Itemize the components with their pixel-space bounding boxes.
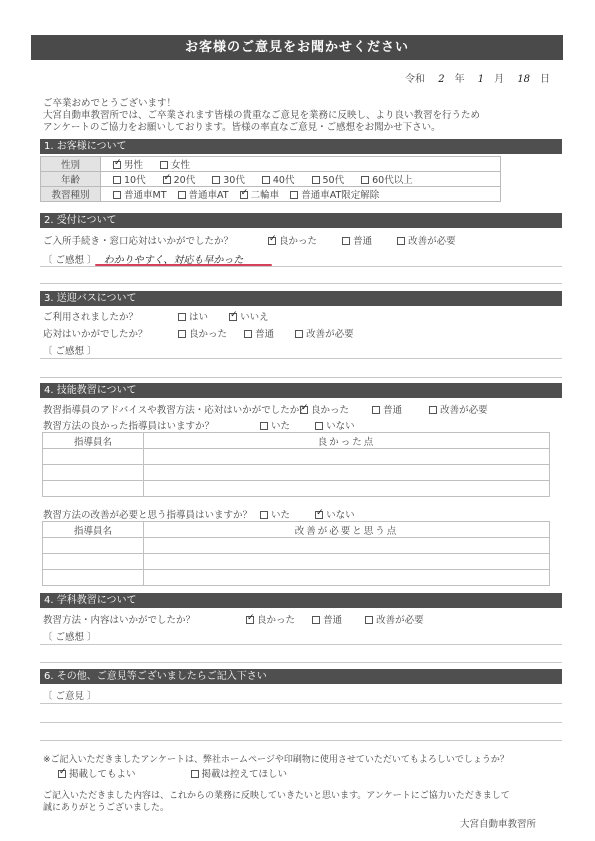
divider (40, 283, 562, 284)
checkbox-icon[interactable] (246, 616, 254, 624)
closing-line: ご記入いただきました内容は、これからの業務に反映していきたいと思います。アンケー… (43, 790, 510, 802)
checkbox-icon[interactable] (290, 191, 298, 199)
intro-line: ご卒業おめでとうございます！ (43, 98, 480, 110)
option-mt[interactable]: 普通車MT (113, 187, 167, 201)
checkbox-icon[interactable] (244, 330, 252, 338)
comment-label: 〔 ご感想 〕 (43, 255, 97, 266)
divider (40, 644, 562, 645)
bus-usage-row: ご利用されましたか？ はい いいえ (43, 309, 283, 323)
option-at[interactable]: 普通車AT (178, 187, 229, 201)
divider (40, 358, 562, 359)
option-40s[interactable]: 40代 (262, 172, 295, 186)
option-yes[interactable]: いた (260, 418, 290, 432)
checkbox-icon[interactable] (163, 176, 171, 184)
gender-label: 性別 (41, 157, 101, 172)
option-needs-improvement[interactable]: 改善が必要 (429, 402, 488, 416)
checkbox-icon[interactable] (260, 422, 268, 430)
improve-instructor-table: 指導員名 改善が必要と思う点 (42, 521, 550, 586)
instructor-name-cell[interactable] (43, 481, 144, 497)
option-motorcycle[interactable]: 二輪車 (240, 187, 280, 201)
good-points-cell[interactable] (144, 449, 550, 465)
column-header-improvement-points: 改善が必要と思う点 (144, 522, 550, 538)
instructor-name-cell[interactable] (43, 449, 144, 465)
option-good[interactable]: 良かった (268, 233, 317, 247)
other-comment-label: 〔 ご意見 〕 (43, 688, 97, 702)
improve-instructor-row: 教習方法の改善が必要と思う指導員はいますか？ いた いない (43, 507, 369, 521)
checkbox-icon[interactable] (160, 161, 168, 169)
bus-usage-question: ご利用されましたか？ (43, 309, 175, 323)
checkbox-icon[interactable] (268, 237, 276, 245)
classroom-question: 教習方法・内容はいかがでしたか？ (43, 612, 243, 626)
checkbox-icon[interactable] (361, 176, 369, 184)
date-year-label: 年 (455, 74, 465, 85)
option-30s[interactable]: 30代 (212, 172, 245, 186)
option-good[interactable]: 良かった (178, 326, 227, 340)
checkbox-icon[interactable] (295, 330, 303, 338)
divider (40, 266, 562, 267)
customer-info-table: 性別 男性 女性 年齢 10代 20代 30代 40代 50代 60代以上 教習… (40, 156, 501, 202)
reception-question-row: ご入所手続き・窓口応対はいかがでしたか？ 良かった 普通 改善が必要 (43, 233, 470, 247)
section-3-header: 3. 送迎バスについて (40, 291, 562, 306)
option-female[interactable]: 女性 (160, 157, 190, 171)
checkbox-icon[interactable] (262, 176, 270, 184)
intro-line: アンケートのご協力をお願いしております。皆様の率直なご意見・ご感想をお聞かせ下さ… (43, 122, 480, 134)
date-month-label: 月 (494, 74, 504, 85)
option-normal[interactable]: 普通 (342, 233, 372, 247)
option-no[interactable]: いない (315, 418, 355, 432)
section-5-header: 4. 学科教習について (40, 593, 562, 608)
publish-question: ※ご記入いただきましたアンケートは、弊社ホームページや印刷物に使用させていただい… (43, 752, 509, 765)
option-yes[interactable]: はい (178, 309, 208, 323)
divider (40, 377, 562, 378)
bus-comment-label: 〔 ご感想 〕 (43, 343, 97, 357)
option-normal[interactable]: 普通 (312, 612, 342, 626)
section-4-header: 4. 技能教習について (40, 383, 562, 398)
improvement-points-cell[interactable] (144, 554, 550, 570)
instructor-name-cell[interactable] (43, 570, 144, 586)
closing-text: ご記入いただきました内容は、これからの業務に反映していきたいと思います。アンケー… (43, 790, 510, 814)
checkbox-icon[interactable] (113, 176, 121, 184)
section-6-header: 6. その他、ご意見等ございましたらご記入下さい (40, 669, 562, 684)
age-label: 年齢 (41, 172, 101, 187)
option-good[interactable]: 良かった (300, 402, 349, 416)
gender-options: 男性 女性 (101, 157, 501, 172)
checkbox-icon[interactable] (397, 237, 405, 245)
option-no[interactable]: いいえ (229, 309, 269, 323)
section-2-header: 2. 受付について (40, 213, 562, 228)
checkbox-icon[interactable] (113, 191, 121, 199)
option-yes[interactable]: いた (260, 507, 290, 521)
classroom-question-row: 教習方法・内容はいかがでしたか？ 良かった 普通 改善が必要 (43, 612, 438, 626)
divider (40, 703, 562, 704)
bus-service-row: 応対はいかがでしたか？ 良かった 普通 改善が必要 (43, 326, 368, 340)
option-male[interactable]: 男性 (113, 157, 143, 171)
instructor-name-cell[interactable] (43, 538, 144, 554)
checkbox-icon[interactable] (342, 237, 350, 245)
checkbox-icon[interactable] (58, 770, 66, 778)
option-60s-plus[interactable]: 60代以上 (361, 172, 413, 186)
checkbox-icon[interactable] (178, 330, 186, 338)
checkbox-icon[interactable] (300, 406, 308, 414)
instructor-advice-row: 教習指導員のアドバイスや教習方法・応対はいかがでしたか？ 良かった 普通 改善が… (43, 402, 502, 416)
checkbox-icon[interactable] (240, 191, 248, 199)
option-normal[interactable]: 普通 (244, 326, 274, 340)
good-instructor-table: 指導員名 良かった点 (42, 432, 550, 497)
improve-instructor-question: 教習方法の改善が必要と思う指導員はいますか？ (43, 507, 257, 521)
checkbox-icon[interactable] (312, 616, 320, 624)
option-publish-decline[interactable]: 掲載は控えてほしい (191, 766, 288, 780)
intro-text: ご卒業おめでとうございます！ 大宮自動車教習所では、ご卒業されます皆様の貴重なご… (43, 98, 480, 134)
date-day[interactable]: 18 (517, 74, 530, 85)
course-type-options: 普通車MT 普通車AT 二輪車 普通車AT限定解除 (101, 187, 501, 202)
age-options: 10代 20代 30代 40代 50代 60代以上 (101, 172, 501, 187)
option-50s[interactable]: 50代 (312, 172, 345, 186)
good-instructor-row: 教習方法の良かった指導員はいますか？ いた いない (43, 418, 369, 432)
bus-service-question: 応対はいかがでしたか？ (43, 326, 175, 340)
checkbox-icon[interactable] (178, 313, 186, 321)
divider (40, 662, 562, 663)
good-points-cell[interactable] (144, 465, 550, 481)
divider (40, 722, 562, 723)
option-no[interactable]: いない (315, 507, 355, 521)
option-needs-improvement[interactable]: 改善が必要 (295, 326, 354, 340)
instructor-advice-question: 教習指導員のアドバイスや教習方法・応対はいかがでしたか？ (43, 402, 297, 416)
checkbox-icon[interactable] (372, 406, 380, 414)
option-needs-improvement[interactable]: 改善が必要 (365, 612, 424, 626)
column-header-instructor: 指導員名 (43, 433, 144, 449)
checkbox-icon[interactable] (113, 161, 121, 169)
closing-line: 誠にありがとうございました。 (43, 802, 510, 814)
date-day-label: 日 (540, 74, 550, 85)
option-normal[interactable]: 普通 (372, 402, 402, 416)
classroom-comment-label: 〔 ご感想 〕 (43, 629, 97, 643)
column-header-good-points: 良かった点 (144, 433, 550, 449)
checkbox-icon[interactable] (229, 313, 237, 321)
option-needs-improvement[interactable]: 改善が必要 (397, 233, 456, 247)
checkbox-icon[interactable] (315, 511, 323, 519)
good-instructor-question: 教習方法の良かった指導員はいますか？ (43, 418, 257, 432)
intro-line: 大宮自動車教習所では、ご卒業されます皆様の貴重なご意見を業務に反映し、より良い教… (43, 110, 480, 122)
section-1-header: 1. お客様について (40, 139, 562, 154)
signature: 大宮自動車教習所 (460, 816, 536, 830)
checkbox-icon[interactable] (429, 406, 437, 414)
course-type-label: 教習種別 (41, 187, 101, 202)
option-good[interactable]: 良かった (246, 612, 295, 626)
checkbox-icon[interactable] (365, 616, 373, 624)
improvement-points-cell[interactable] (144, 538, 550, 554)
instructor-name-cell[interactable] (43, 554, 144, 570)
form-title: お客様のご意見をお聞かせください (31, 35, 563, 60)
good-points-cell[interactable] (144, 481, 550, 497)
checkbox-icon[interactable] (212, 176, 220, 184)
reception-question: ご入所手続き・窓口応対はいかがでしたか？ (43, 233, 265, 247)
date-field: 令和 2年 1月 18日 (405, 70, 550, 85)
improvement-points-cell[interactable] (144, 570, 550, 586)
date-year[interactable]: 2 (438, 74, 444, 85)
option-20s[interactable]: 20代 (163, 172, 196, 186)
option-at-limit-removal[interactable]: 普通車AT限定解除 (290, 187, 379, 201)
option-publish-ok[interactable]: 掲載してもよい (58, 766, 136, 780)
column-header-instructor: 指導員名 (43, 522, 144, 538)
divider (40, 740, 562, 741)
date-era: 令和 (405, 74, 425, 85)
publish-options: 掲載してもよい 掲載は控えてほしい (58, 766, 301, 780)
option-10s[interactable]: 10代 (113, 172, 146, 186)
checkbox-icon[interactable] (191, 770, 199, 778)
checkbox-icon[interactable] (260, 511, 268, 519)
checkbox-icon[interactable] (312, 176, 320, 184)
checkbox-icon[interactable] (315, 422, 323, 430)
instructor-name-cell[interactable] (43, 465, 144, 481)
date-month[interactable]: 1 (478, 74, 484, 85)
checkbox-icon[interactable] (178, 191, 186, 199)
